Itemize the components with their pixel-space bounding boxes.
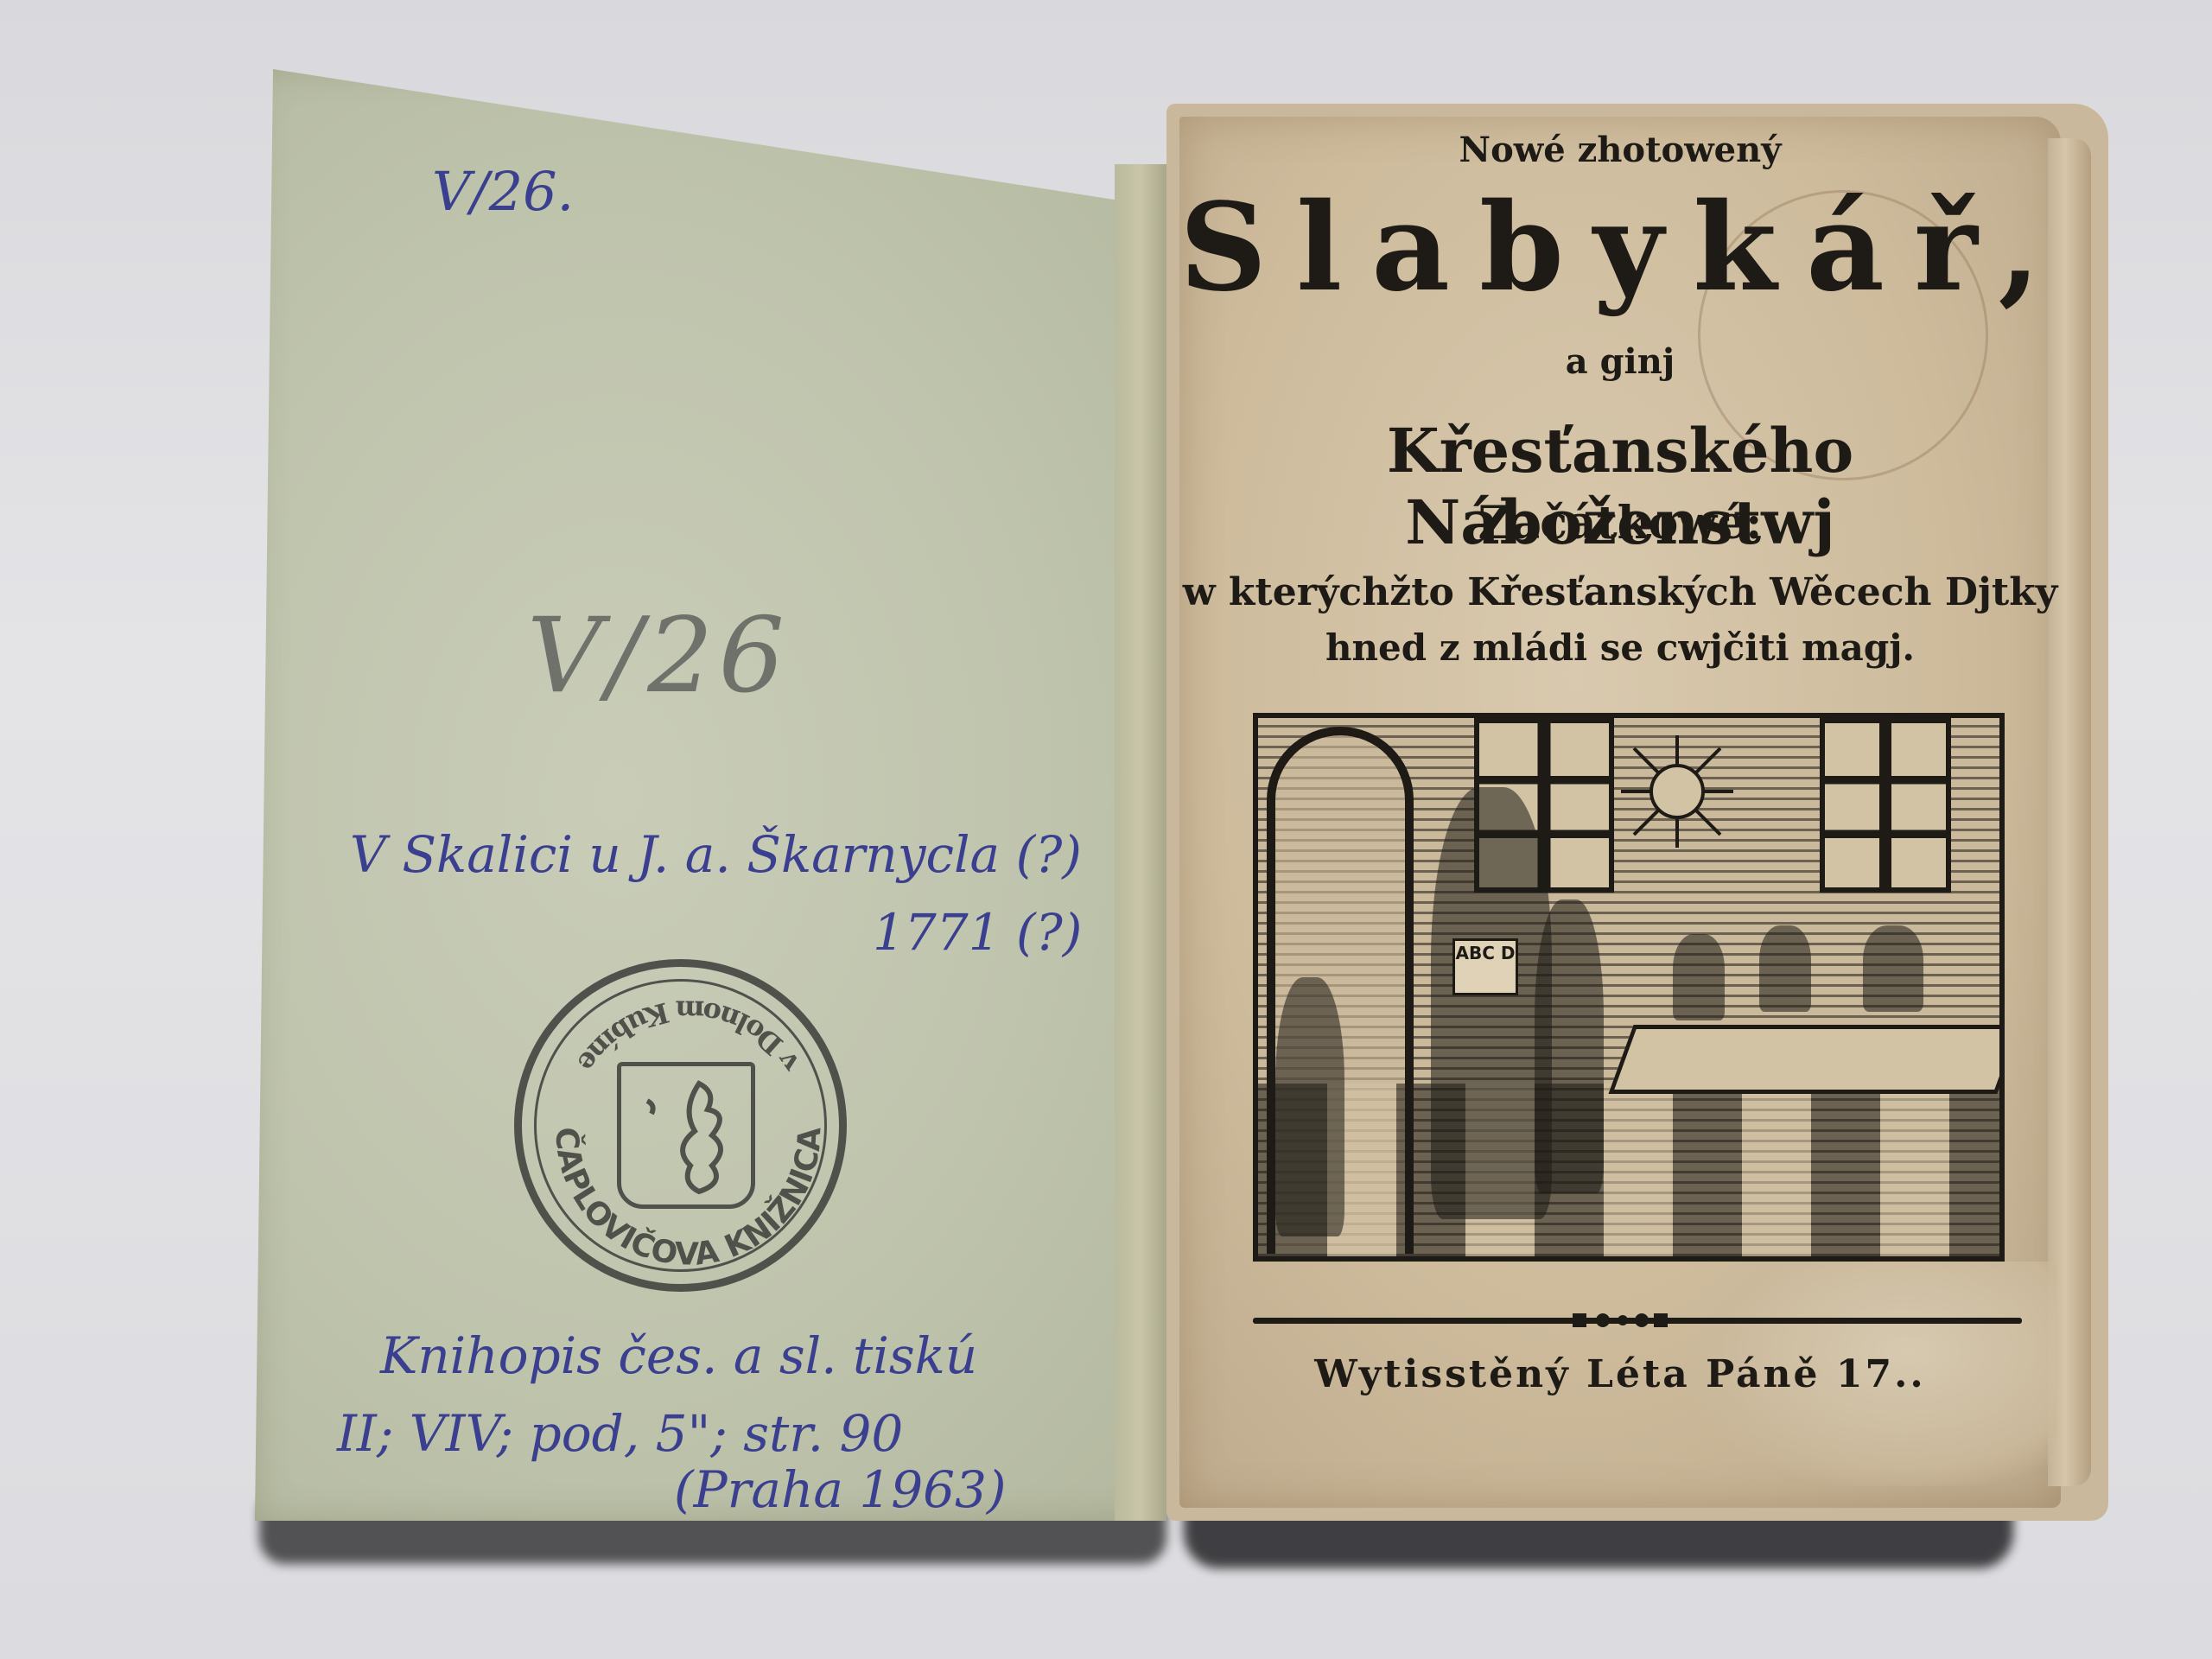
school-bench (1608, 1025, 2005, 1094)
subtitle-line1: w kterýchžto Křesťanských Wěcech Djtky (1179, 570, 2061, 614)
imprint-line: Wytisstěný Léta Páně 17.. (1179, 1352, 2061, 1396)
left-gutter (1115, 164, 1166, 1521)
left-endpaper (255, 69, 1162, 1521)
year-note: 1771 (?) (873, 903, 1082, 962)
schoolroom-woodcut: ABC D (1253, 713, 2005, 1262)
window-right (1820, 718, 1951, 893)
library-stamp: ČAPLOVIČOVA KNIŽNICA v Dolnom Kubíne (514, 959, 847, 1292)
shelfmark-pencil: V/26 (527, 596, 790, 716)
knihopis-reference: Knihopis čes. a sl. tiskú (380, 1326, 977, 1385)
svg-text:ČAPLOVIČOVA KNIŽNICA: ČAPLOVIČOVA KNIŽNICA (549, 1126, 829, 1272)
printer-note: V Skalici u J. a. Škarnycla (?) (350, 825, 1082, 884)
pupil-2 (1759, 925, 1811, 1012)
rule-ornament-icon (1573, 1310, 1668, 1331)
knihopis-volume: II; VIV; pod, 5"; str. 90 (337, 1404, 903, 1463)
svg-text:v Dolnom Kubíne: v Dolnom Kubíne (570, 994, 806, 1078)
pupil-3 (1863, 925, 1923, 1012)
teacher-figure (1431, 787, 1552, 1219)
child-figure (1535, 899, 1604, 1193)
small-child-figure (1275, 977, 1344, 1236)
knihopis-place-year: (Praha 1963) (674, 1460, 1007, 1519)
title-line-zacatkowe: Začátkowé: (1179, 497, 2061, 550)
book-title: Slabykář, (1179, 177, 2061, 319)
title-line-a-ginj: a ginj (1179, 341, 2061, 382)
title-line-nowe: Nowé zhotowený (1179, 130, 2061, 170)
stamp-text-ring: ČAPLOVIČOVA KNIŽNICA v Dolnom Kubíne (522, 967, 855, 1300)
abc-tablet: ABC D (1452, 938, 1518, 995)
subtitle-line2: hned z mládi se cwjčiti magj. (1179, 626, 2061, 669)
radiant-sun-icon (1621, 735, 1733, 848)
shelfmark-top: V/26. (432, 160, 574, 223)
checkered-floor (1258, 1084, 1999, 1256)
pupil-1 (1673, 934, 1725, 1020)
